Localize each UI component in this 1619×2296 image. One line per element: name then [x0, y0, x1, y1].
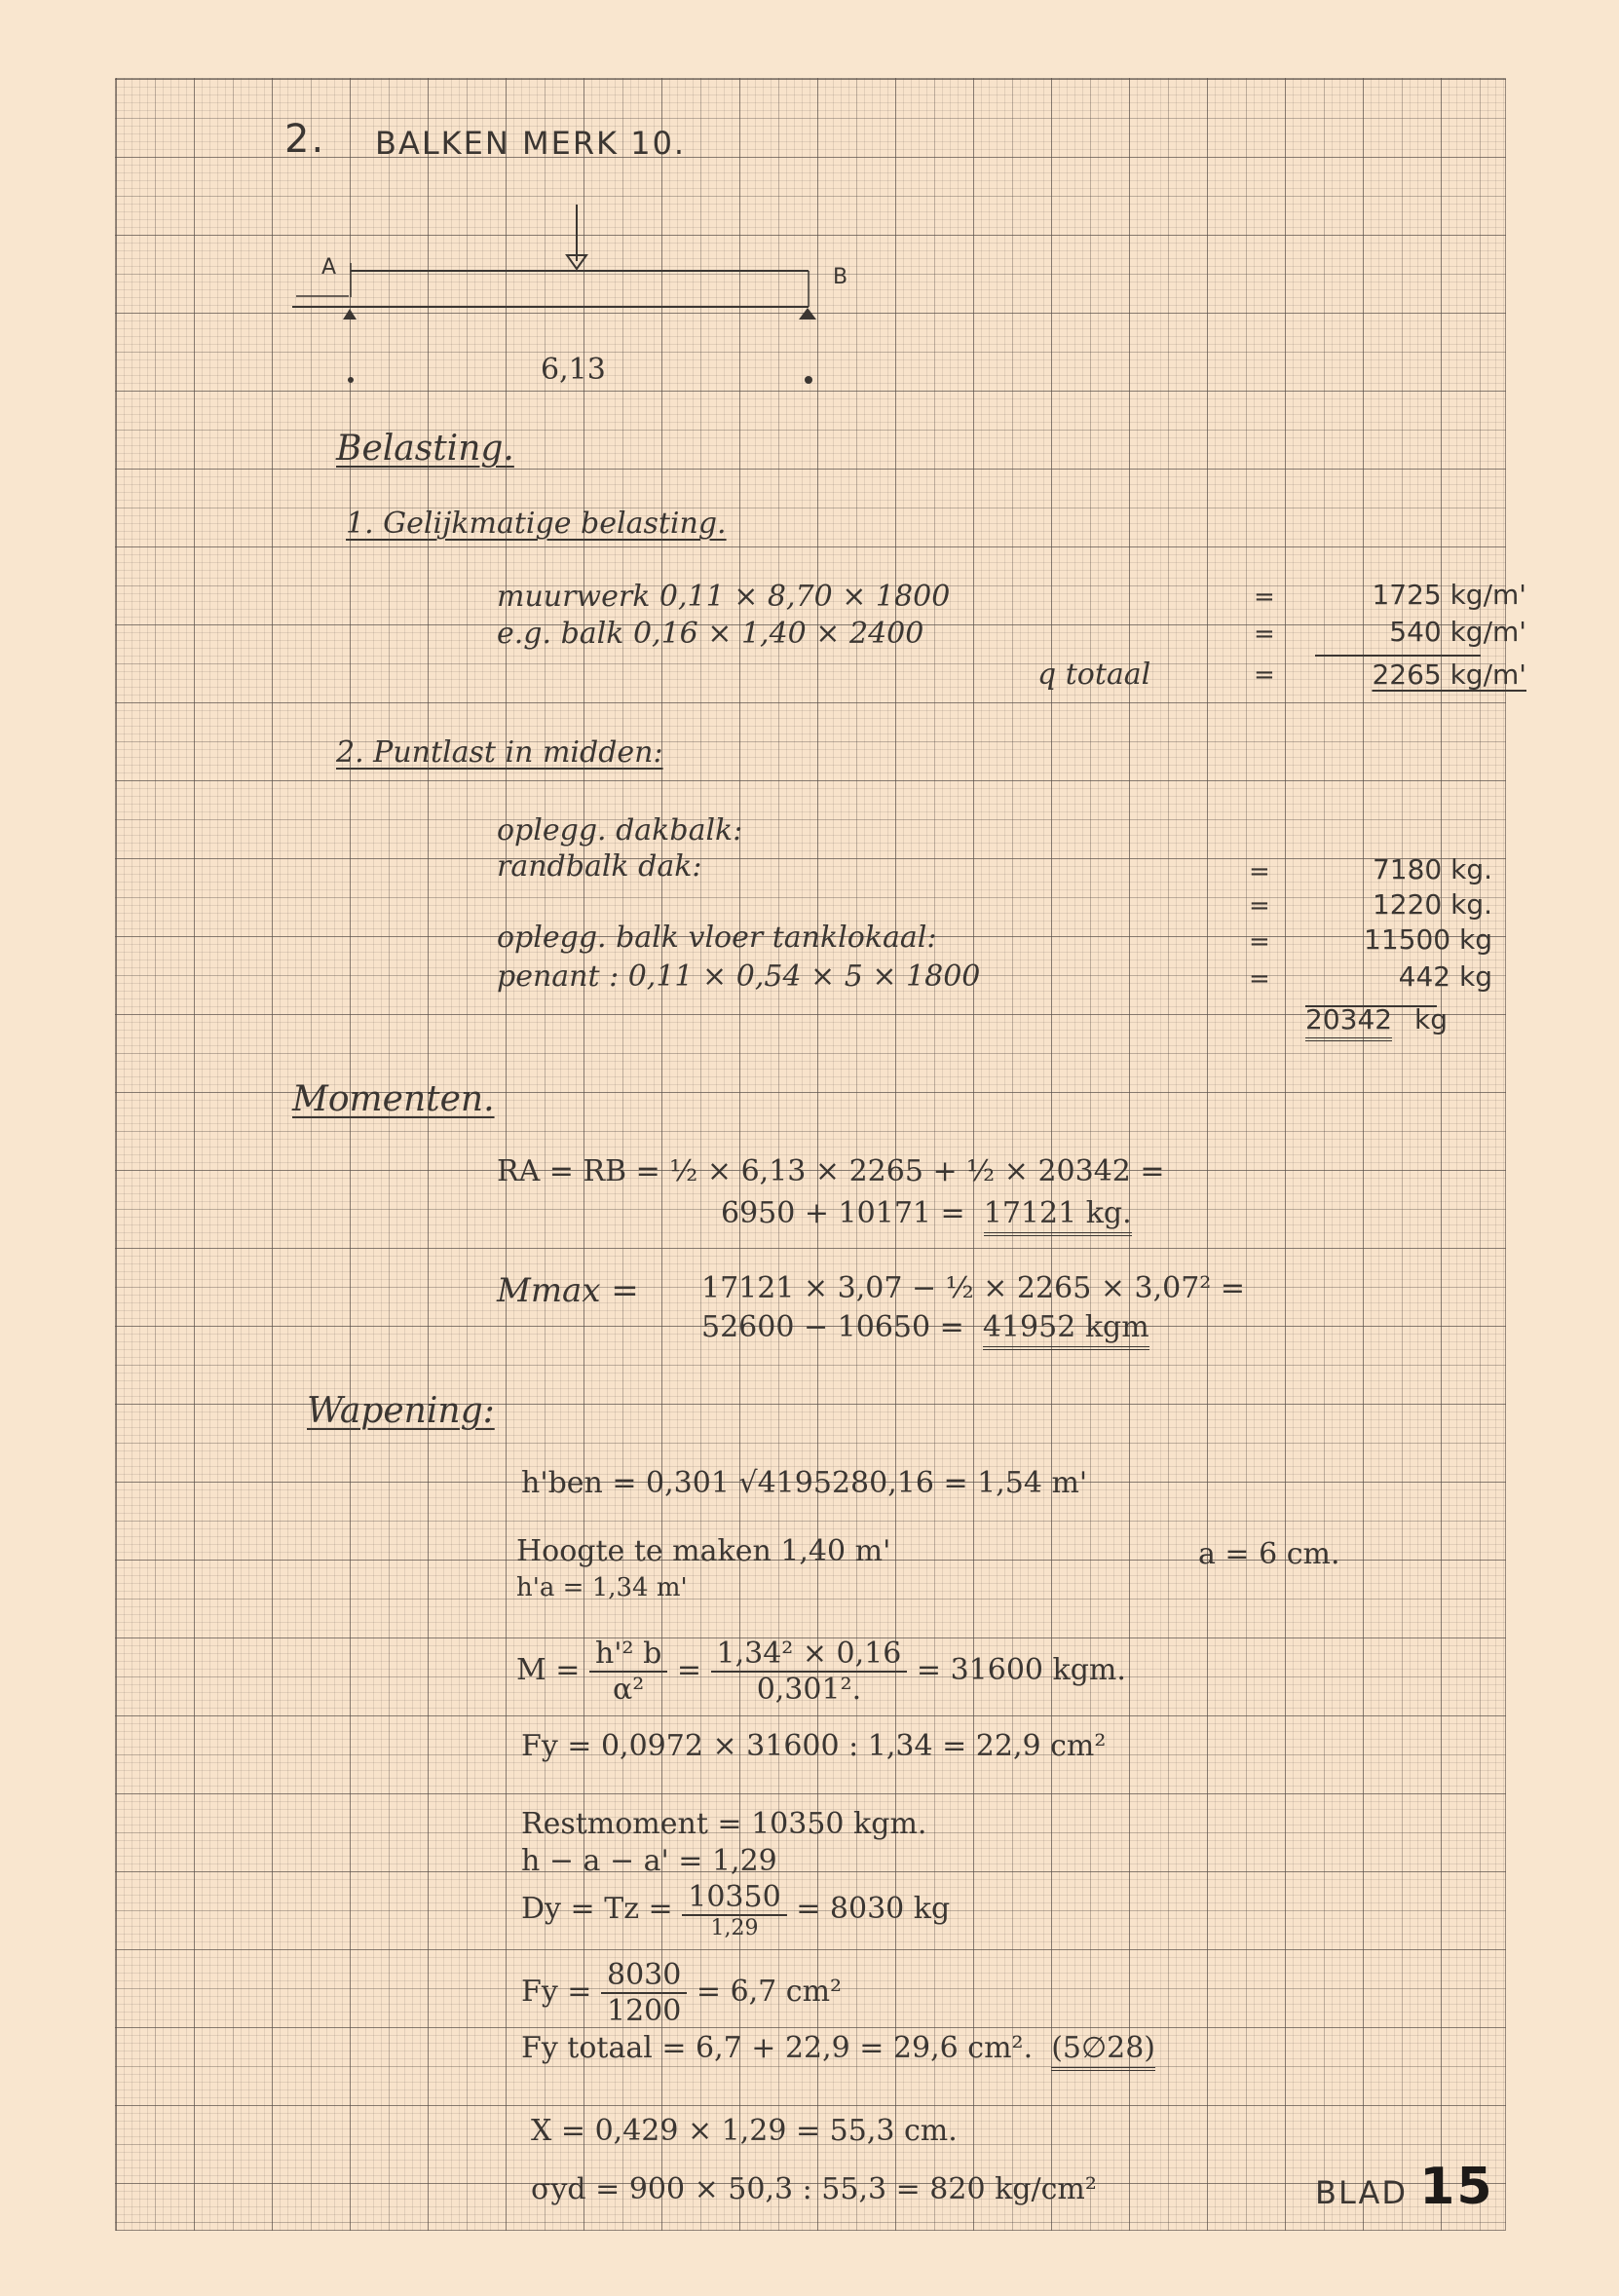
uniform-row-1-desc: muurwerk 0,11 × 8,70 × 1800 [497, 580, 950, 614]
eq-sign: = [1249, 927, 1270, 957]
point-row-3-desc: oplegg. balk vloer tanklokaal: [497, 921, 936, 955]
reaction-line-1: RA = RB = ½ × 6,13 × 2265 + ½ × 20342 = [497, 1154, 1165, 1188]
uniform-row-2-value: 540 kg/m' [1389, 616, 1526, 648]
point-load-heading: 2. Puntlast in midden: [336, 735, 663, 770]
sigma-line: σyd = 900 × 50,3 : 55,3 = 820 kg/cm² [531, 2172, 1097, 2206]
point-row-2-desc: randbalk dak: [497, 849, 702, 884]
fy-2-formula: Fy = 80301200 = 6,7 cm² [521, 1958, 842, 2028]
page-title: BALKEN MERK 10. [375, 125, 686, 162]
h-ben-line: h'ben = 0,301 √4195280,16 = 1,54 m' [521, 1466, 1087, 1500]
eq-sign: = [1249, 891, 1270, 921]
mmax-label: Mmax = [497, 1271, 639, 1310]
mmax-line-1: 17121 × 3,07 − ½ × 2265 × 3,07² = [701, 1271, 1245, 1305]
support-b-icon [799, 308, 816, 320]
point-row-2-value: 1220 kg. [1373, 888, 1492, 921]
point-row-4-desc: penant : 0,11 × 0,54 × 5 × 1800 [497, 960, 980, 994]
hoogte-line: Hoogte te maken 1,40 m' [516, 1534, 890, 1568]
fy-total-line: Fy totaal = 6,7 + 22,9 = 29,6 cm². (5∅28… [521, 2031, 1155, 2065]
point-row-4-value: 442 kg [1399, 960, 1492, 993]
point-total: 20342 kg [1305, 1003, 1448, 1035]
support-a-label: A [321, 255, 338, 280]
point-row-1-desc: oplegg. dakbalk: [497, 813, 742, 847]
sum-line [1315, 655, 1481, 657]
a-value: a = 6 cm. [1198, 1537, 1340, 1571]
h-acc-line: h'a = 1,34 m' [516, 1573, 688, 1602]
m-formula: M = h'² bα² = 1,34² × 0,160,301². = 3160… [516, 1637, 1126, 1707]
uniform-load-heading: 1. Gelijkmatige belasting. [346, 507, 727, 541]
section-number: 2. [284, 117, 325, 162]
eq-sign: = [1254, 620, 1275, 649]
x-line: X = 0,429 × 1,29 = 55,3 cm. [531, 2114, 958, 2148]
support-a-icon [343, 309, 357, 320]
reaction-line-2: 6950 + 10171 = 17121 kg. [721, 1196, 1132, 1230]
uniform-row-1-value: 1725 kg/m' [1372, 579, 1526, 611]
point-row-1-value: 7180 kg. [1373, 853, 1492, 885]
fy-1-line: Fy = 0,0972 × 31600 : 1,34 = 22,9 cm² [521, 1729, 1106, 1763]
span-label: 6,13 [541, 353, 606, 387]
eq-sign: = [1249, 964, 1270, 994]
belasting-heading: Belasting. [336, 429, 514, 469]
uniform-row-2-desc: e.g. balk 0,16 × 1,40 × 2400 [497, 617, 923, 651]
restmoment-line: Restmoment = 10350 kgm. [521, 1807, 926, 1841]
eq-sign: = [1254, 583, 1275, 612]
sheet-number: BLAD 15 [1315, 2158, 1494, 2216]
mmax-line-2: 52600 − 10650 = 41952 kgm [701, 1310, 1149, 1344]
h-a-a-line: h − a − a' = 1,29 [521, 1844, 777, 1878]
bars-label: (5∅28) [1051, 2031, 1155, 2071]
support-b-label: B [833, 265, 849, 289]
q-total-value: 2265 kg/m' [1372, 659, 1526, 691]
wapening-heading: Wapening: [307, 1391, 495, 1431]
momenten-heading: Momenten. [292, 1079, 495, 1119]
eq-sign: = [1254, 660, 1275, 690]
dy-formula: Dy = Tz = 103501,29 = 8030 kg [521, 1880, 950, 1940]
q-total-label: q totaal [1037, 658, 1150, 692]
point-row-3-value: 11500 kg [1364, 923, 1492, 956]
eq-sign: = [1249, 857, 1270, 886]
